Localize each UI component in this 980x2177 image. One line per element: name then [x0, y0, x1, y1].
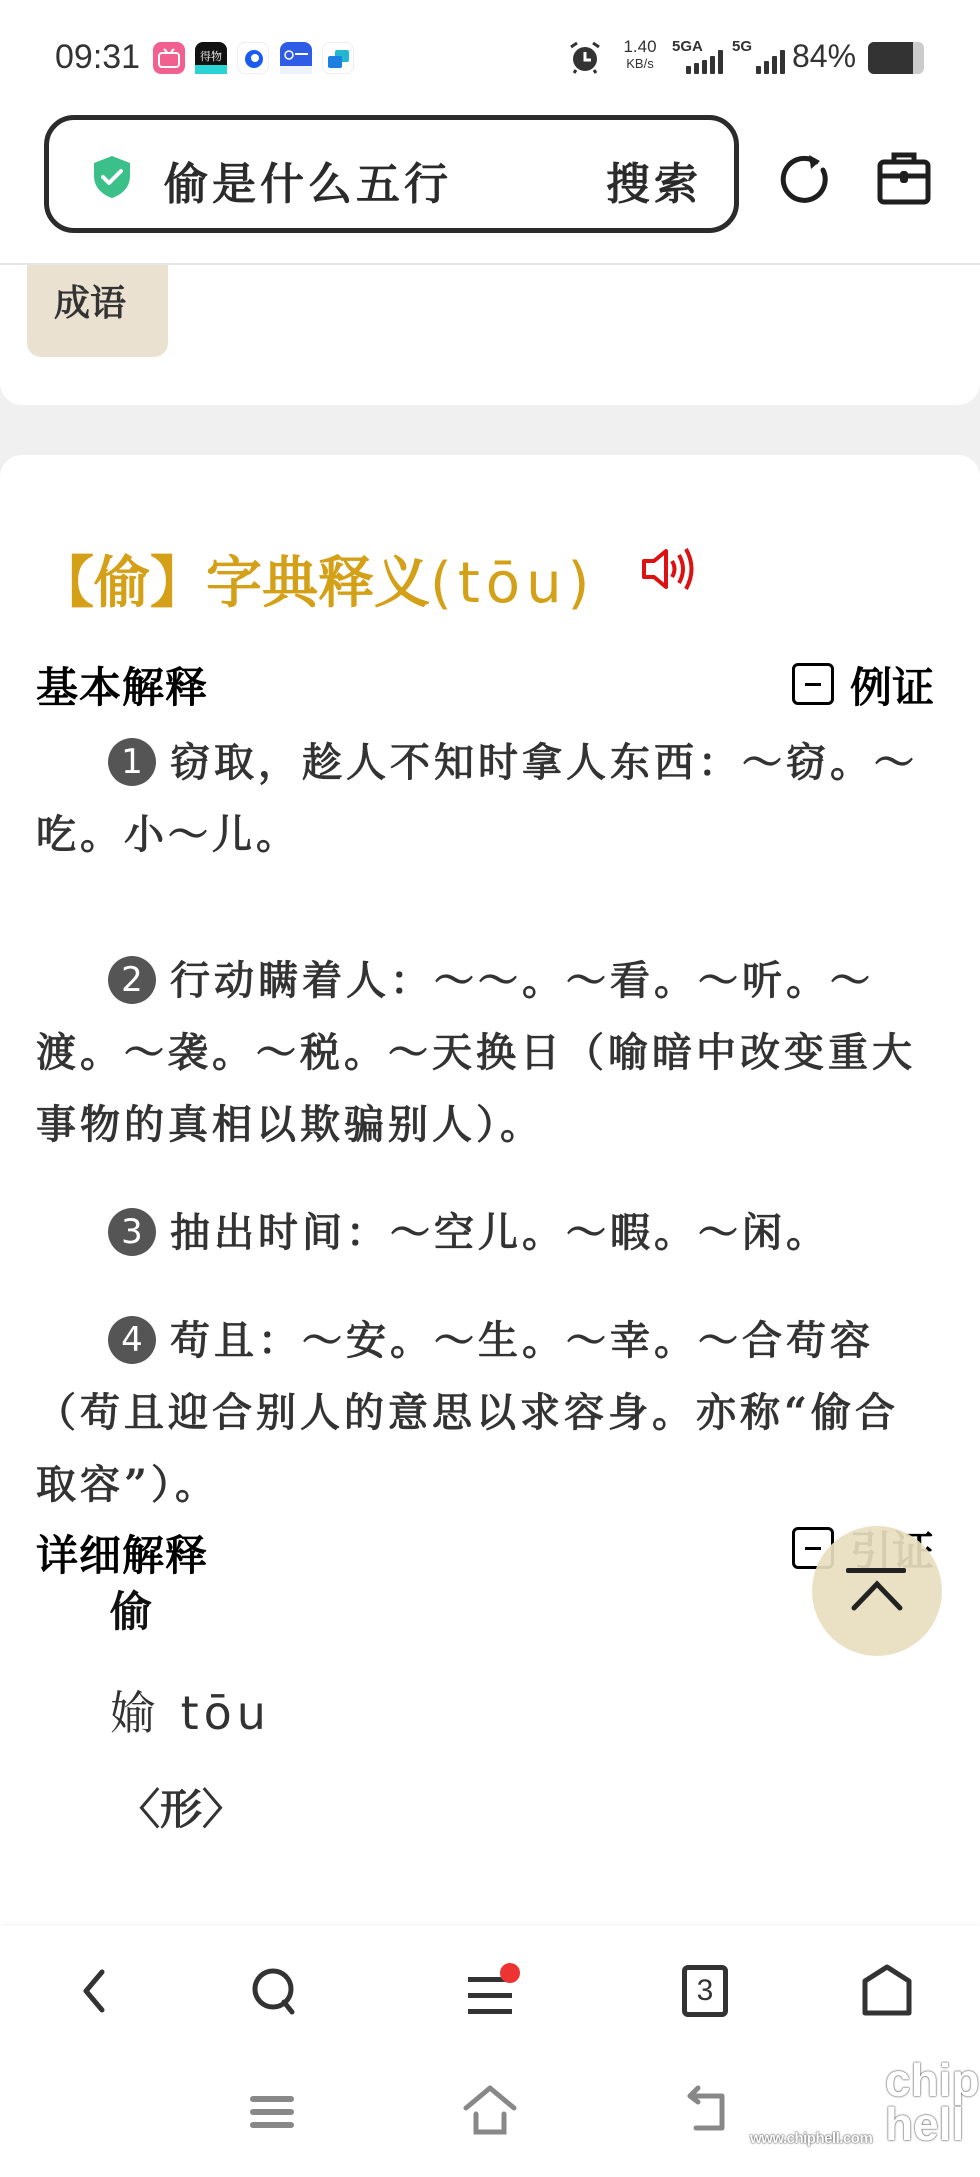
back-button[interactable]: [58, 1956, 128, 2026]
part-of-speech: 〈形〉: [118, 1777, 244, 1837]
battery-icon: [868, 42, 924, 74]
number-badge: 1: [108, 738, 156, 786]
dictionary-pinyin: (tōu): [430, 551, 595, 616]
chat-notification-icon: [322, 42, 354, 74]
tabs-count-icon: 3: [682, 1965, 728, 2017]
search-icon: [250, 1966, 300, 2016]
svg-text:得物: 得物: [200, 49, 222, 63]
definition-item: 4苟且：～安。～生。～幸。～合苟容（苟且迎合别人的意思以求容身。亦称“偷合取容”…: [36, 1305, 936, 1521]
search-input[interactable]: 偷是什么五行 搜索: [44, 115, 739, 233]
system-back-icon[interactable]: [680, 2082, 740, 2142]
refresh-icon[interactable]: [776, 148, 834, 206]
number-badge: 3: [108, 1208, 156, 1256]
basic-definitions-heading: 基本解释: [36, 655, 208, 715]
dewu-notification-icon: 得物: [195, 42, 227, 74]
menu-button[interactable]: [455, 1956, 525, 2026]
chiphell-watermark: www.chiphell.com chip hell: [750, 2058, 980, 2173]
chevron-left-icon: [78, 1968, 108, 2014]
speaker-icon[interactable]: [640, 543, 698, 595]
search-query-text[interactable]: 偷是什么五行: [164, 148, 452, 212]
idiom-tab[interactable]: 成语: [27, 265, 168, 357]
dictionary-card: 【偷】字典释义(tōu) 基本解释 例证 1窃取，趁人不知时拿人东西：～窃。～吃…: [0, 455, 980, 1925]
number-badge: 4: [108, 1316, 156, 1364]
sim2-signal-icon: 5G: [732, 38, 790, 74]
network-speed: 1.40 KB/s: [620, 38, 660, 70]
status-time: 09:31: [55, 38, 140, 77]
shield-check-icon: [91, 154, 133, 200]
recent-apps-icon[interactable]: [242, 2082, 302, 2142]
idiom-card: 成语: [0, 265, 980, 405]
system-home-icon[interactable]: [460, 2082, 520, 2142]
dictionary-title: 【偷】字典释义(tōu): [38, 539, 595, 619]
tabs-button[interactable]: 3: [670, 1956, 740, 2026]
collapse-icon[interactable]: [792, 663, 834, 705]
quark-notification-icon: [237, 42, 269, 74]
status-bar: 09:31 得物 1.40 KB/s 5GA 5G 84%: [0, 0, 980, 110]
chevron-up-icon: [850, 1578, 904, 1612]
search-button-bottom[interactable]: [240, 1956, 310, 2026]
number-badge: 2: [108, 956, 156, 1004]
transit-notification-icon: [280, 42, 312, 74]
home-icon: [860, 1963, 914, 2019]
back-to-top-button[interactable]: [812, 1526, 942, 1656]
variant-pinyin: 媮 tōu: [110, 1677, 271, 1743]
alarm-icon: [568, 40, 602, 74]
bilibili-notification-icon: [153, 42, 185, 74]
home-button[interactable]: [852, 1956, 922, 2026]
toolbox-icon[interactable]: [876, 146, 932, 206]
sim1-signal-icon: 5GA: [672, 38, 732, 74]
definition-item: 1窃取，趁人不知时拿人东西：～窃。～吃。小～儿。: [36, 727, 936, 871]
battery-percent: 84%: [792, 38, 856, 75]
search-button[interactable]: 搜索: [606, 148, 702, 212]
notification-badge: [500, 1963, 520, 1983]
detail-character: 偷: [110, 1579, 152, 1639]
search-header: 偷是什么五行 搜索: [0, 110, 980, 265]
definition-item: 3抽出时间：～空儿。～暇。～闲。: [36, 1197, 936, 1269]
browser-toolbar: 3: [0, 1926, 980, 2046]
definition-item: 2行动瞒着人：～～。～看。～听。～渡。～袭。～税。～天换日（喻暗中改变重大事物的…: [36, 945, 936, 1161]
menu-icon: [458, 1963, 522, 2019]
detailed-definitions-heading: 详细解释: [36, 1523, 208, 1583]
